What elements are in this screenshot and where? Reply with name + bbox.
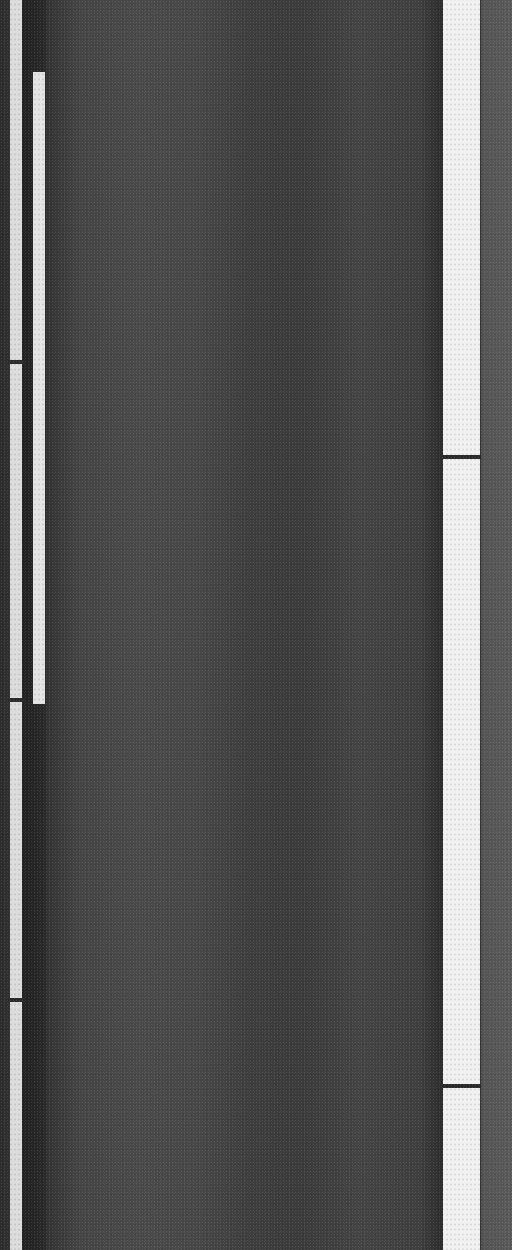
asphalt-texture	[0, 0, 512, 1250]
road-aerial-photo	[0, 0, 512, 1250]
